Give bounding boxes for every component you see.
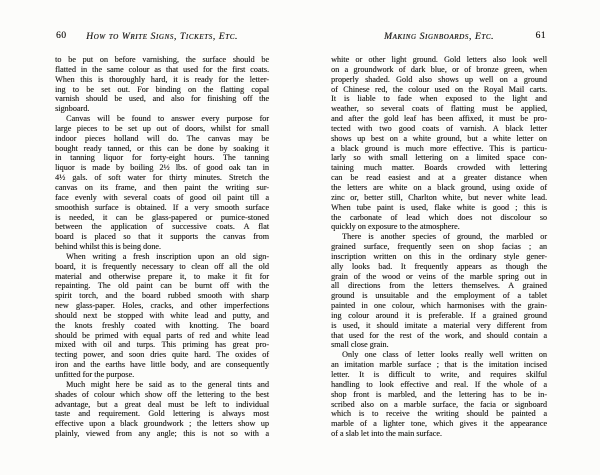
text-line: 4½ gals. of soft water for thirty minute…	[55, 173, 269, 183]
text-line: all directions from the letters themselv…	[331, 281, 547, 291]
text-line: tected with two good coats of varnish. A…	[331, 124, 547, 134]
page-60: 60 How to Write Signs, Tickets, Etc. to …	[55, 0, 269, 475]
text-line: plainly, viewed from any angle; this is …	[55, 429, 269, 439]
text-line: taste and requirement. Gold lettering is…	[55, 409, 269, 419]
text-line: that used for the rest of the work, and …	[331, 331, 547, 341]
text-line: Canvas will be found to answer every pur…	[55, 114, 269, 124]
text-line: scribed also on a marble surface, the fa…	[331, 400, 547, 410]
text-line: of Chinese red, the colour used on the R…	[331, 85, 547, 95]
text-line: small close grain.	[331, 340, 547, 350]
text-line: large pieces to be set up out of doors, …	[55, 124, 269, 134]
text-line: zinc or, better still, Charlton white, b…	[331, 193, 547, 203]
text-line: Much might here be said as to the genera…	[55, 380, 269, 390]
text-line: white or other light ground. Gold letter…	[331, 55, 547, 65]
text-line: mixed with oil and turps. This priming h…	[55, 340, 269, 350]
text-line: repainting. The old paint can be burnt o…	[55, 281, 269, 291]
text-line: in tanning liquor for forty-eight hours.…	[55, 153, 269, 163]
text-line: weather, so several coats of flatting mu…	[331, 104, 547, 114]
text-line: inscription written on this in the ordin…	[331, 252, 547, 262]
text-line: When writing a fresh inscription upon an…	[55, 252, 269, 262]
page-61: Making Signboards, Etc. 61 white or othe…	[331, 0, 547, 475]
page-text: white or other light ground. Gold letter…	[331, 55, 547, 439]
page-number: 60	[56, 31, 67, 41]
text-line: properly shaded. Gold also shows up well…	[331, 75, 547, 85]
text-line: letter. It is difficult to write, and re…	[331, 370, 547, 380]
text-line: ing colour around it is preferable. If a…	[331, 311, 547, 321]
text-line: should be primed with equal parts of red…	[55, 331, 269, 341]
page-number: 61	[536, 31, 547, 41]
text-line: When this is thoroughly hard, it is read…	[55, 75, 269, 85]
text-line: and after the gold leaf has been affixed…	[331, 114, 547, 124]
text-line: varnish should be used, and also for fin…	[55, 94, 269, 104]
text-line: indoor pieces holland will do. The canva…	[55, 134, 269, 144]
text-line: board is placed so that it supports the …	[55, 232, 269, 242]
text-line: shades of colour which show off the lett…	[55, 390, 269, 400]
text-line: signboard.	[55, 104, 269, 114]
text-line: ing to be set out. For binding on the fl…	[55, 85, 269, 95]
text-line: grained surface, frequently seen on shop…	[331, 242, 547, 252]
text-line: marble of a lighter tone, which gives it…	[331, 419, 547, 429]
text-line: grain of the wood or veins of the marble…	[331, 272, 547, 282]
text-line: canvas on its frame, and then paint the …	[55, 183, 269, 193]
page-text: to be put on before varnishing, the surf…	[55, 55, 269, 439]
text-line: flatted in the same colour as that used …	[55, 65, 269, 75]
text-line: There is another species of ground, the …	[331, 232, 547, 242]
text-line: quickly on exposure to the atmosphere.	[331, 222, 547, 232]
text-line: to be put on before varnishing, the surf…	[55, 55, 269, 65]
text-line: iron and the earths have little body, an…	[55, 360, 269, 370]
text-line: can be read easiest and at a greater dis…	[331, 173, 547, 183]
text-line: When tube paint is used, flake white is …	[331, 203, 547, 213]
text-line: an imitation marble surface ; that is th…	[331, 360, 547, 370]
text-line: painted in one colour, which harmonises …	[331, 301, 547, 311]
text-line: the knots freshly coated with knotting. …	[55, 321, 269, 331]
text-line: of a slab let into the main surface.	[331, 429, 547, 439]
text-line: tecting power, and soon dries quite hard…	[55, 350, 269, 360]
text-line: advantage, but a great deal must be left…	[55, 400, 269, 410]
text-line: liquor is made by boiling 2½ lbs. of goo…	[55, 163, 269, 173]
text-line: ground is unsuitable and the employment …	[331, 291, 547, 301]
text-line: shop front is marbled, and the lettering…	[331, 390, 547, 400]
text-line: shows up best on a white ground, but a w…	[331, 134, 547, 144]
text-line: material and otherwise prepare it, to ma…	[55, 272, 269, 282]
text-line: is needed, it can be glass-papered or pu…	[55, 213, 269, 223]
text-line: It is liable to fade when exposed to the…	[331, 94, 547, 104]
text-line: bought ready tanned, or this can be done…	[55, 144, 269, 154]
text-line: face evenly with several coats of good o…	[55, 193, 269, 203]
text-line: larly so with small lettering on a limit…	[331, 153, 547, 163]
text-line: which is to receive the writing should b…	[331, 409, 547, 419]
text-line: effective upon a black groundwork ; the …	[55, 419, 269, 429]
text-line: the carbonate of lead which does not dis…	[331, 213, 547, 223]
scanned-book-spread: { "document": { "kind": "scanned book sp…	[0, 0, 600, 475]
running-header: Making Signboards, Etc. 61	[331, 31, 547, 44]
text-line: between the application of successive co…	[55, 222, 269, 232]
text-line: on a groundwork of dark blue, or of bron…	[331, 65, 547, 75]
text-line: board, it is frequently necessary to cle…	[55, 262, 269, 272]
text-line: taining much matter. Boards crowded with…	[331, 163, 547, 173]
text-line: is used, it should imitate a material ve…	[331, 321, 547, 331]
text-line: the letters are white on a black ground,…	[331, 183, 547, 193]
text-line: unfitted for the purpose.	[55, 370, 269, 380]
text-line: handling to look effective and real. If …	[331, 380, 547, 390]
text-line: spirit torch, and the board rubbed smoot…	[55, 291, 269, 301]
running-header: 60 How to Write Signs, Tickets, Etc.	[55, 31, 269, 44]
text-line: should next be stopped with white lead a…	[55, 311, 269, 321]
text-line: behind whilst this is being done.	[55, 242, 269, 252]
running-title: Making Signboards, Etc.	[331, 31, 547, 42]
text-line: Only one class of letter looks really we…	[331, 350, 547, 360]
text-line: ally looks bad. It frequently appears as…	[331, 262, 547, 272]
running-title: How to Write Signs, Tickets, Etc.	[55, 31, 269, 42]
text-line: new glass-paper. Holes, cracks, and othe…	[55, 301, 269, 311]
text-line: a black ground is much more effective. T…	[331, 144, 547, 154]
text-line: smoothish surface is obtained. If a very…	[55, 203, 269, 213]
